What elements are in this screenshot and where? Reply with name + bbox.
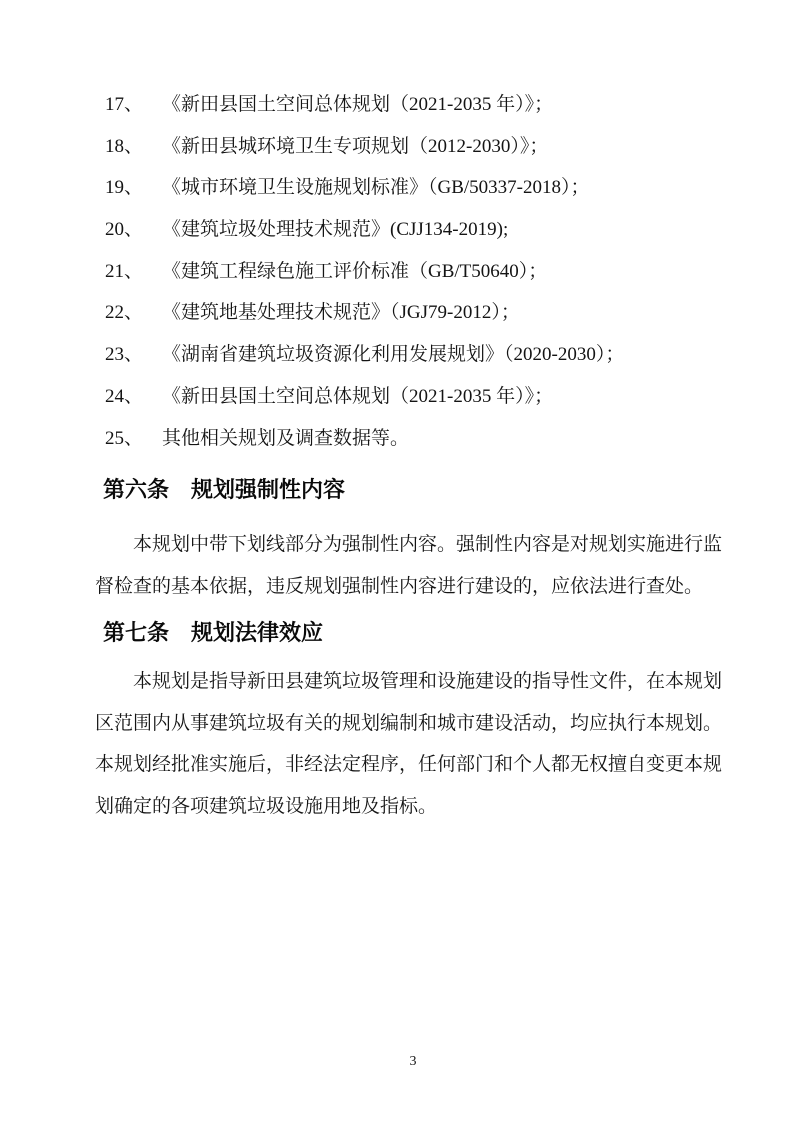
list-item-text: 《城市环境卫生设施规划标准》（GB/50337-2018）； bbox=[162, 177, 590, 198]
list-item-text: 《建筑垃圾处理技术规范》(CJJ134-2019); bbox=[162, 219, 508, 240]
list-item: 21、《建筑工程绿色施工评价标准（GB/T50640）； bbox=[95, 251, 755, 293]
list-item-text: 《建筑地基处理技术规范》（JGJ79-2012）； bbox=[162, 302, 520, 323]
section-heading-article-6: 第六条 规划强制性内容 bbox=[103, 477, 345, 503]
list-item: 23、《湖南省建筑垃圾资源化利用发展规划》（2020-2030）； bbox=[95, 334, 755, 376]
list-item-number: 17、 bbox=[105, 84, 162, 126]
reference-list: 17、《新田县国土空间总体规划（2021-2035 年）》； 18、《新田县城环… bbox=[95, 84, 755, 459]
list-item-text: 《新田县国土空间总体规划（2021-2035 年）》； bbox=[162, 386, 553, 407]
list-item: 18、《新田县城环境卫生专项规划（2012-2030）》； bbox=[95, 126, 755, 168]
paragraph-line: 划确定的各项建筑垃圾设施用地及指标。 bbox=[95, 786, 755, 828]
list-item: 24、《新田县国土空间总体规划（2021-2035 年）》； bbox=[95, 376, 755, 418]
paragraph-line: 区范围内从事建筑垃圾有关的规划编制和城市建设活动，均应执行本规划。 bbox=[95, 703, 755, 745]
list-item-number: 23、 bbox=[105, 334, 162, 376]
list-item: 22、《建筑地基处理技术规范》（JGJ79-2012）； bbox=[95, 292, 755, 334]
list-item-number: 24、 bbox=[105, 376, 162, 418]
paragraph-line: 本规划经批准实施后，非经法定程序，任何部门和个人都无权擅自变更本规 bbox=[95, 744, 755, 786]
list-item-text: 《湖南省建筑垃圾资源化利用发展规划》（2020-2030）； bbox=[162, 344, 624, 365]
document-page: 17、《新田县国土空间总体规划（2021-2035 年）》； 18、《新田县城环… bbox=[0, 0, 793, 1122]
list-item: 19、《城市环境卫生设施规划标准》（GB/50337-2018）； bbox=[95, 167, 755, 209]
list-item-number: 25、 bbox=[105, 418, 162, 460]
list-item: 17、《新田县国土空间总体规划（2021-2035 年）》； bbox=[95, 84, 755, 126]
section-heading-article-7: 第七条 规划法律效应 bbox=[103, 620, 323, 646]
paragraph-line: 本规划中带下划线部分为强制性内容。强制性内容是对规划实施进行监 bbox=[95, 524, 755, 566]
list-item: 25、其他相关规划及调查数据等。 bbox=[95, 418, 755, 460]
paragraph-line: 本规划是指导新田县建筑垃圾管理和设施建设的指导性文件，在本规划 bbox=[95, 661, 755, 703]
article-7-paragraph: 本规划是指导新田县建筑垃圾管理和设施建设的指导性文件，在本规划 区范围内从事建筑… bbox=[95, 661, 755, 828]
list-item-number: 22、 bbox=[105, 292, 162, 334]
page-number: 3 bbox=[403, 1052, 423, 1072]
list-item-text: 《新田县国土空间总体规划（2021-2035 年）》； bbox=[162, 94, 553, 115]
paragraph-line: 督检查的基本依据，违反规划强制性内容进行建设的，应依法进行查处。 bbox=[95, 566, 755, 608]
list-item-text: 《建筑工程绿色施工评价标准（GB/T50640）； bbox=[162, 261, 547, 282]
list-item-text: 其他相关规划及调查数据等。 bbox=[162, 428, 409, 449]
list-item: 20、《建筑垃圾处理技术规范》(CJJ134-2019); bbox=[95, 209, 755, 251]
list-item-number: 19、 bbox=[105, 167, 162, 209]
article-6-paragraph: 本规划中带下划线部分为强制性内容。强制性内容是对规划实施进行监 督检查的基本依据… bbox=[95, 524, 755, 607]
list-item-number: 18、 bbox=[105, 126, 162, 168]
list-item-number: 21、 bbox=[105, 251, 162, 293]
list-item-number: 20、 bbox=[105, 209, 162, 251]
list-item-text: 《新田县城环境卫生专项规划（2012-2030）》； bbox=[162, 136, 548, 157]
